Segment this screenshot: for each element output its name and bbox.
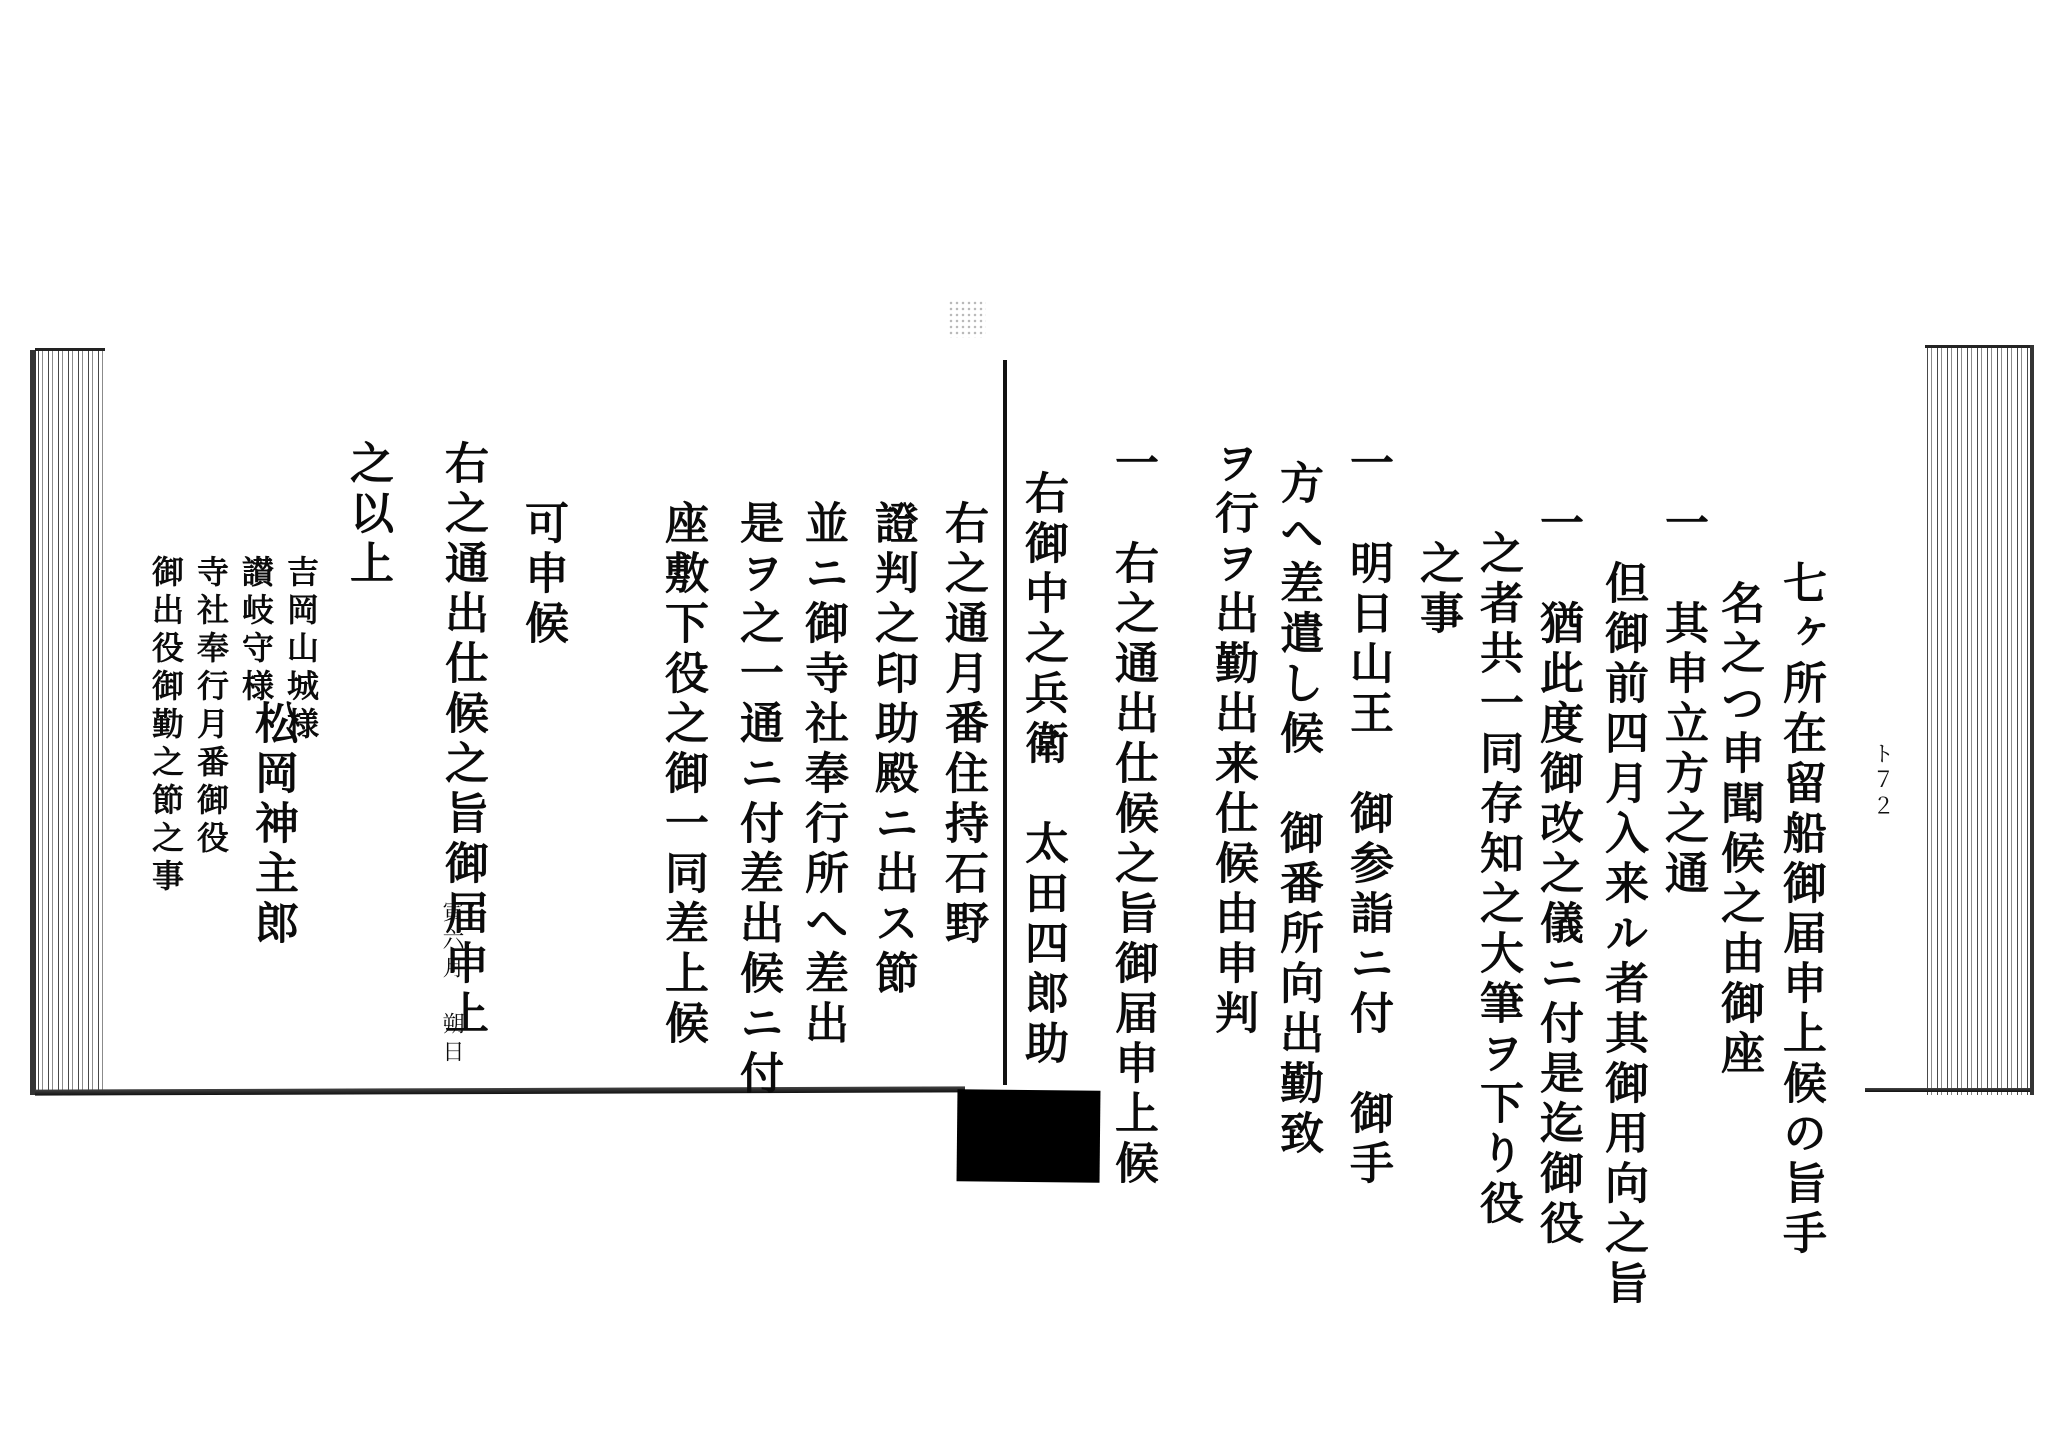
manuscript-column: 御出役御勤之節之事 <box>150 555 182 897</box>
manuscript-column: 是ヲ之一通ニ付差出候ニ付 <box>735 500 779 1100</box>
manuscript-column: 可申候 <box>520 500 564 650</box>
manuscript-column: 一 猶此度御改之儀ニ付是迄御役 <box>1535 500 1579 1250</box>
manuscript-column: 證判之印助殿ニ出ス節 <box>870 500 914 1000</box>
left-page-edge-stack <box>30 350 108 1095</box>
date-annotation: 寅六月 朔日 <box>440 900 462 1068</box>
manuscript-column: 寺社奉行月番御役 <box>195 555 227 859</box>
manuscript-column: 並ニ御寺社奉行所へ差出 <box>800 500 844 1050</box>
manuscript-column: 一 其申立方之通 <box>1660 500 1704 900</box>
manuscript-column: 之事 <box>1415 540 1459 640</box>
manuscript-column: 方へ差遣し候 御番所向出勤致 <box>1275 460 1319 1160</box>
manuscript-column: 一 明日山王 御参詣ニ付 御手 <box>1345 440 1389 1190</box>
manuscript-column: 七ヶ所在留船御届申上候の旨手 <box>1778 560 1822 1260</box>
manuscript-column: 右之通月番住持石野 <box>940 500 984 950</box>
folio-number: ト７２ <box>1866 742 1897 820</box>
right-page-bottom-edge <box>1865 1088 2030 1092</box>
manuscript-column: ヲ行ヲ出勤出来仕候由申判 <box>1210 440 1254 1040</box>
addressee-column: 讃岐守様 <box>240 555 272 707</box>
left-page-bottom-edge <box>35 1086 965 1095</box>
right-page-top-edge <box>1925 345 2030 348</box>
manuscript-column: 座敷下役之御一同差上候 <box>660 500 704 1050</box>
redaction-black-block <box>957 1089 1101 1182</box>
manuscript-column: 一 右之通出仕候之旨御届申上候 <box>1110 440 1154 1190</box>
manuscript-column: 但御前四月入来ル者其御用向之旨 <box>1600 560 1644 1310</box>
scan-noise-patch <box>948 300 986 338</box>
manuscript-column: 之以上 <box>345 440 389 590</box>
signature-column: 松岡神主郎 <box>250 700 294 950</box>
manuscript-column: 右御中之兵衛 太田四郎助 <box>1020 470 1064 1070</box>
right-page-edge-stack <box>1925 345 2034 1095</box>
manuscript-column: 名之つ申聞候之由御座 <box>1716 580 1760 1080</box>
manuscript-column: 之者共一同存知之大筆ヲ下り役 <box>1475 530 1519 1230</box>
left-page-top-edge <box>35 348 105 351</box>
gutter-divider-line <box>1003 360 1007 1085</box>
